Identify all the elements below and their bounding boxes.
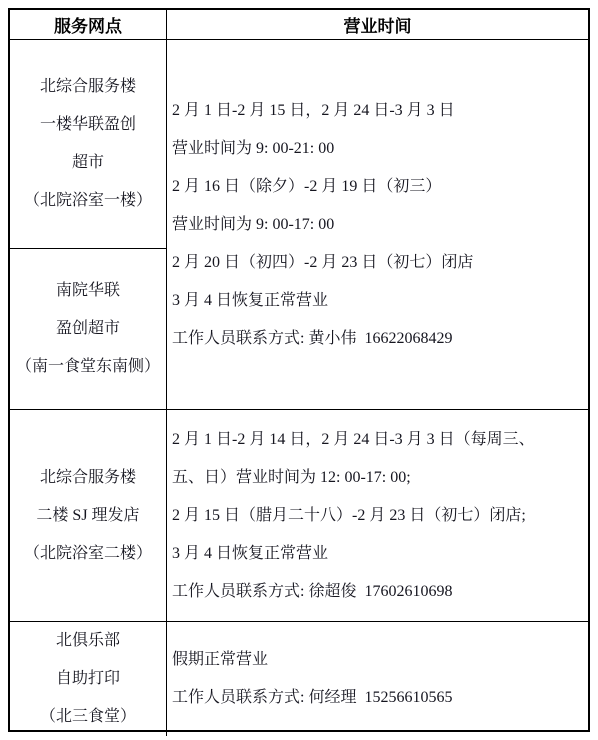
hours-line: 2 月 16 日（除夕）-2 月 19 日（初三）	[172, 168, 588, 206]
hours-line: 2 月 20 日（初四）-2 月 23 日（初七）闭店	[172, 244, 588, 282]
table-row-self-print: 北俱乐部 自助打印 （北三食堂） 假期正常营业 工作人员联系方式: 何经理 15…	[10, 622, 588, 736]
hours-line: 3 月 4 日恢复正常营业	[172, 535, 588, 573]
outlet-cell-north-hualian-supermarket: 北综合服务楼 一楼华联盈创 超市 （北院浴室一楼）	[10, 40, 166, 249]
hours-line: 五、日）营业时间为 12: 00-17: 00;	[172, 459, 588, 497]
hours-line: 假期正常营业	[172, 641, 588, 679]
outlet-cell-sj-barbershop: 北综合服务楼 二楼 SJ 理发店 （北院浴室二楼）	[10, 410, 167, 621]
service-hours-table: 服务网点 营业时间 北综合服务楼 一楼华联盈创 超市 （北院浴室一楼） 南院华联…	[8, 8, 590, 732]
hours-line: 2 月 1 日-2 月 14 日，2 月 24 日-3 月 3 日（每周三、	[172, 421, 588, 459]
outlet-line: 二楼 SJ 理发店	[36, 497, 139, 535]
hours-line: 2 月 15 日（腊月二十八）-2 月 23 日（初七）闭店;	[172, 497, 588, 535]
outlet-line: （北院浴室二楼）	[24, 535, 152, 573]
outlet-line: （北三食堂）	[40, 698, 136, 736]
hours-line contact-line: 工作人员联系方式: 黄小伟 16622068429	[172, 320, 588, 358]
outlet-line: 北俱乐部	[56, 622, 120, 660]
hours-line contact-line: 工作人员联系方式: 何经理 15256610565	[172, 679, 588, 717]
table-row-barbershop: 北综合服务楼 二楼 SJ 理发店 （北院浴室二楼） 2 月 1 日-2 月 14…	[10, 410, 588, 622]
hours-line: 2 月 1 日-2 月 15 日，2 月 24 日-3 月 3 日	[172, 92, 588, 130]
hours-line: 营业时间为 9: 00-17: 00	[172, 206, 588, 244]
hours-cell-supermarkets: 2 月 1 日-2 月 15 日，2 月 24 日-3 月 3 日 营业时间为 …	[167, 40, 588, 409]
outlet-cell-north-club-print: 北俱乐部 自助打印 （北三食堂）	[10, 622, 167, 736]
table-header-row: 服务网点 营业时间	[10, 10, 588, 40]
outlet-line: 自助打印	[56, 660, 120, 698]
table-row-supermarkets: 北综合服务楼 一楼华联盈创 超市 （北院浴室一楼） 南院华联 盈创超市 （南一食…	[10, 40, 588, 410]
outlet-line: （南一食堂东南侧）	[16, 348, 160, 386]
outlet-cell-south-hualian-supermarket: 南院华联 盈创超市 （南一食堂东南侧）	[10, 249, 166, 409]
hours-line: 营业时间为 9: 00-21: 00	[172, 130, 588, 168]
outlet-line: 盈创超市	[56, 310, 120, 348]
outlet-line: 超市	[72, 144, 104, 182]
outlet-line: 北综合服务楼	[40, 68, 136, 106]
hours-cell-barbershop: 2 月 1 日-2 月 14 日，2 月 24 日-3 月 3 日（每周三、 五…	[167, 410, 588, 621]
hours-line: 3 月 4 日恢复正常营业	[172, 282, 588, 320]
outlet-line: 南院华联	[56, 272, 120, 310]
outlet-column-supermarkets: 北综合服务楼 一楼华联盈创 超市 （北院浴室一楼） 南院华联 盈创超市 （南一食…	[10, 40, 167, 409]
header-cell-business-hours: 营业时间	[167, 10, 588, 39]
header-cell-service-outlet: 服务网点	[10, 10, 167, 39]
document-page: 服务网点 营业时间 北综合服务楼 一楼华联盈创 超市 （北院浴室一楼） 南院华联…	[0, 0, 598, 740]
hours-cell-self-print: 假期正常营业 工作人员联系方式: 何经理 15256610565	[167, 622, 588, 736]
hours-line contact-line: 工作人员联系方式: 徐超俊 17602610698	[172, 573, 588, 611]
outlet-line: 一楼华联盈创	[40, 106, 136, 144]
outlet-line: 北综合服务楼	[40, 459, 136, 497]
outlet-line: （北院浴室一楼）	[24, 182, 152, 220]
